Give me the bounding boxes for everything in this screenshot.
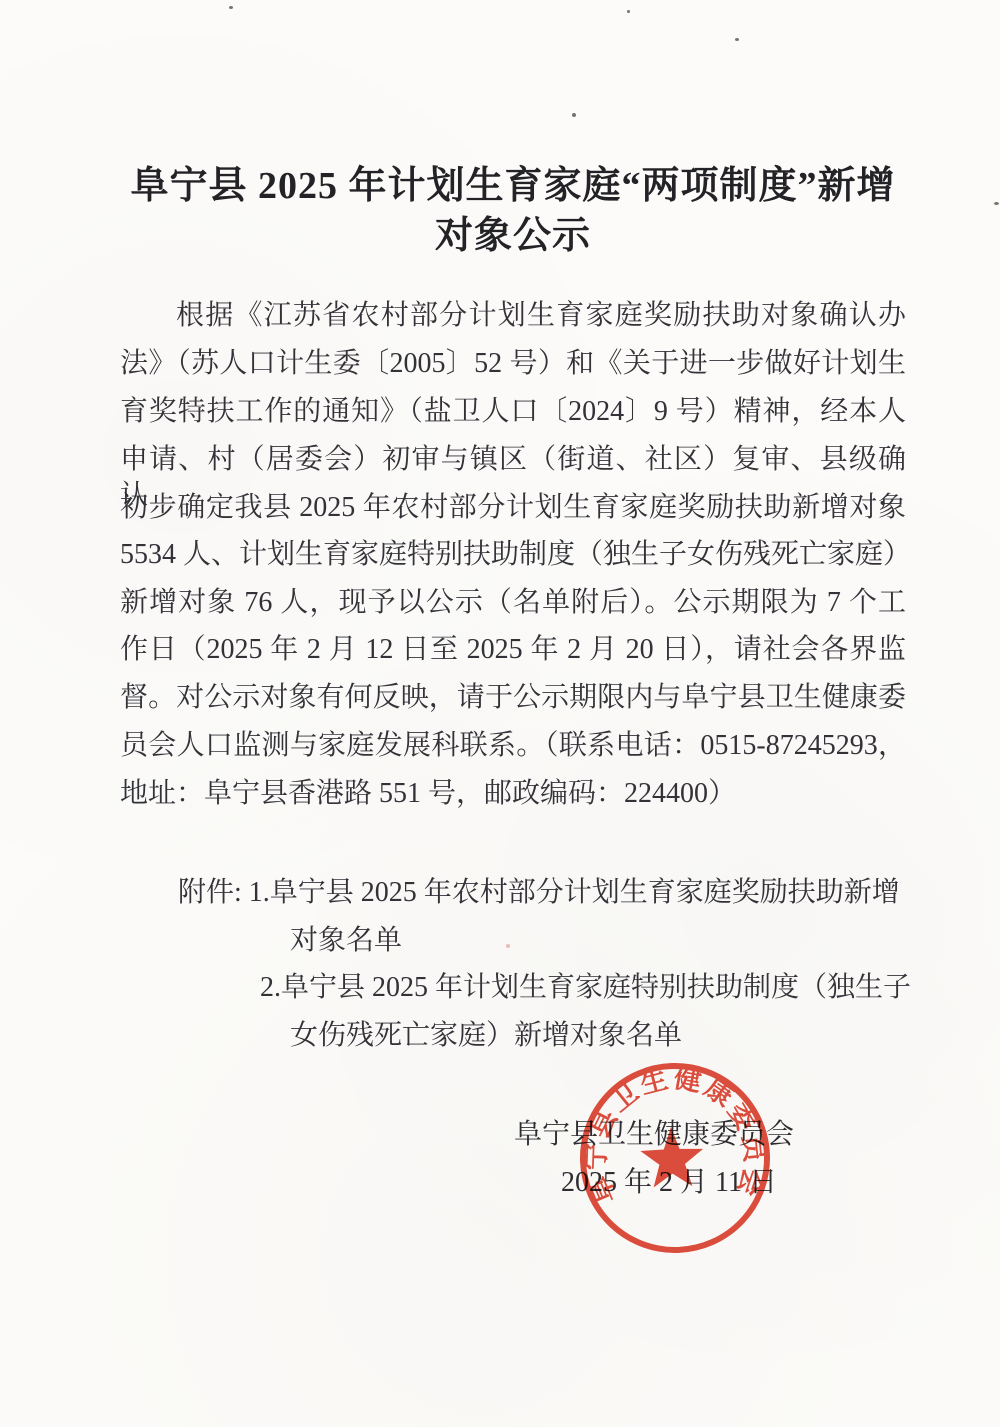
scan-speck-red xyxy=(506,944,510,948)
body-line: 督。对公示对象有何反映，请于公示期限内与阜宁县卫生健康委 xyxy=(120,680,906,716)
body-line: 初步确定我县 2025 年农村部分计划生育家庭奖励扶助新增对象 xyxy=(120,490,906,526)
body-line: 员会人口监测与家庭发展科联系。（联系电话：0515-87245293， xyxy=(120,728,906,764)
scan-speck xyxy=(994,202,999,205)
seal-star-icon xyxy=(640,1126,705,1188)
scan-speck xyxy=(229,6,233,9)
document-title-line-2: 对象公示 xyxy=(120,214,906,258)
body-line: 法》（苏人口计生委〔2005〕52 号）和《关于进一步做好计划生 xyxy=(120,346,906,382)
attachment-line: 2.阜宁县 2025 年计划生育家庭特别扶助制度（独生子 xyxy=(260,970,911,1006)
official-seal: 阜宁县卫生健康委员会 xyxy=(573,1056,778,1261)
scan-speck xyxy=(627,10,630,13)
body-line: 作日（2025 年 2 月 12 日至 2025 年 2 月 20 日），请社会… xyxy=(120,632,906,668)
svg-text:阜宁县卫生健康委员会: 阜宁县卫生健康委员会 xyxy=(577,1060,771,1209)
attachment-line: 女伤残死亡家庭）新增对象名单 xyxy=(290,1018,682,1054)
document-title-line-1: 阜宁县 2025 年计划生育家庭“两项制度”新增 xyxy=(120,164,906,208)
body-line: 根据《江苏省农村部分计划生育家庭奖励扶助对象确认办 xyxy=(120,298,906,334)
body-line: 地址：阜宁县香港路 551 号，邮政编码：224400） xyxy=(120,776,906,812)
seal-arc-text: 阜宁县卫生健康委员会 xyxy=(577,1060,771,1209)
attachment-line: 附件: 1.阜宁县 2025 年农村部分计划生育家庭奖励扶助新增 xyxy=(178,875,900,911)
scanned-notice-page: 阜宁县 2025 年计划生育家庭“两项制度”新增 对象公示 根据《江苏省农村部分… xyxy=(0,0,1000,1427)
attachment-line: 对象名单 xyxy=(290,923,402,959)
body-line: 育奖特扶工作的通知》（盐卫人口〔2024〕9 号）精神，经本人 xyxy=(120,394,906,430)
scan-speck xyxy=(572,113,576,117)
body-line: 5534 人、计划生育家庭特别扶助制度（独生子女伤残死亡家庭） xyxy=(120,537,906,573)
body-line: 新增对象 76 人，现予以公示（名单附后）。公示期限为 7 个工 xyxy=(120,585,906,621)
scan-speck xyxy=(735,38,739,41)
